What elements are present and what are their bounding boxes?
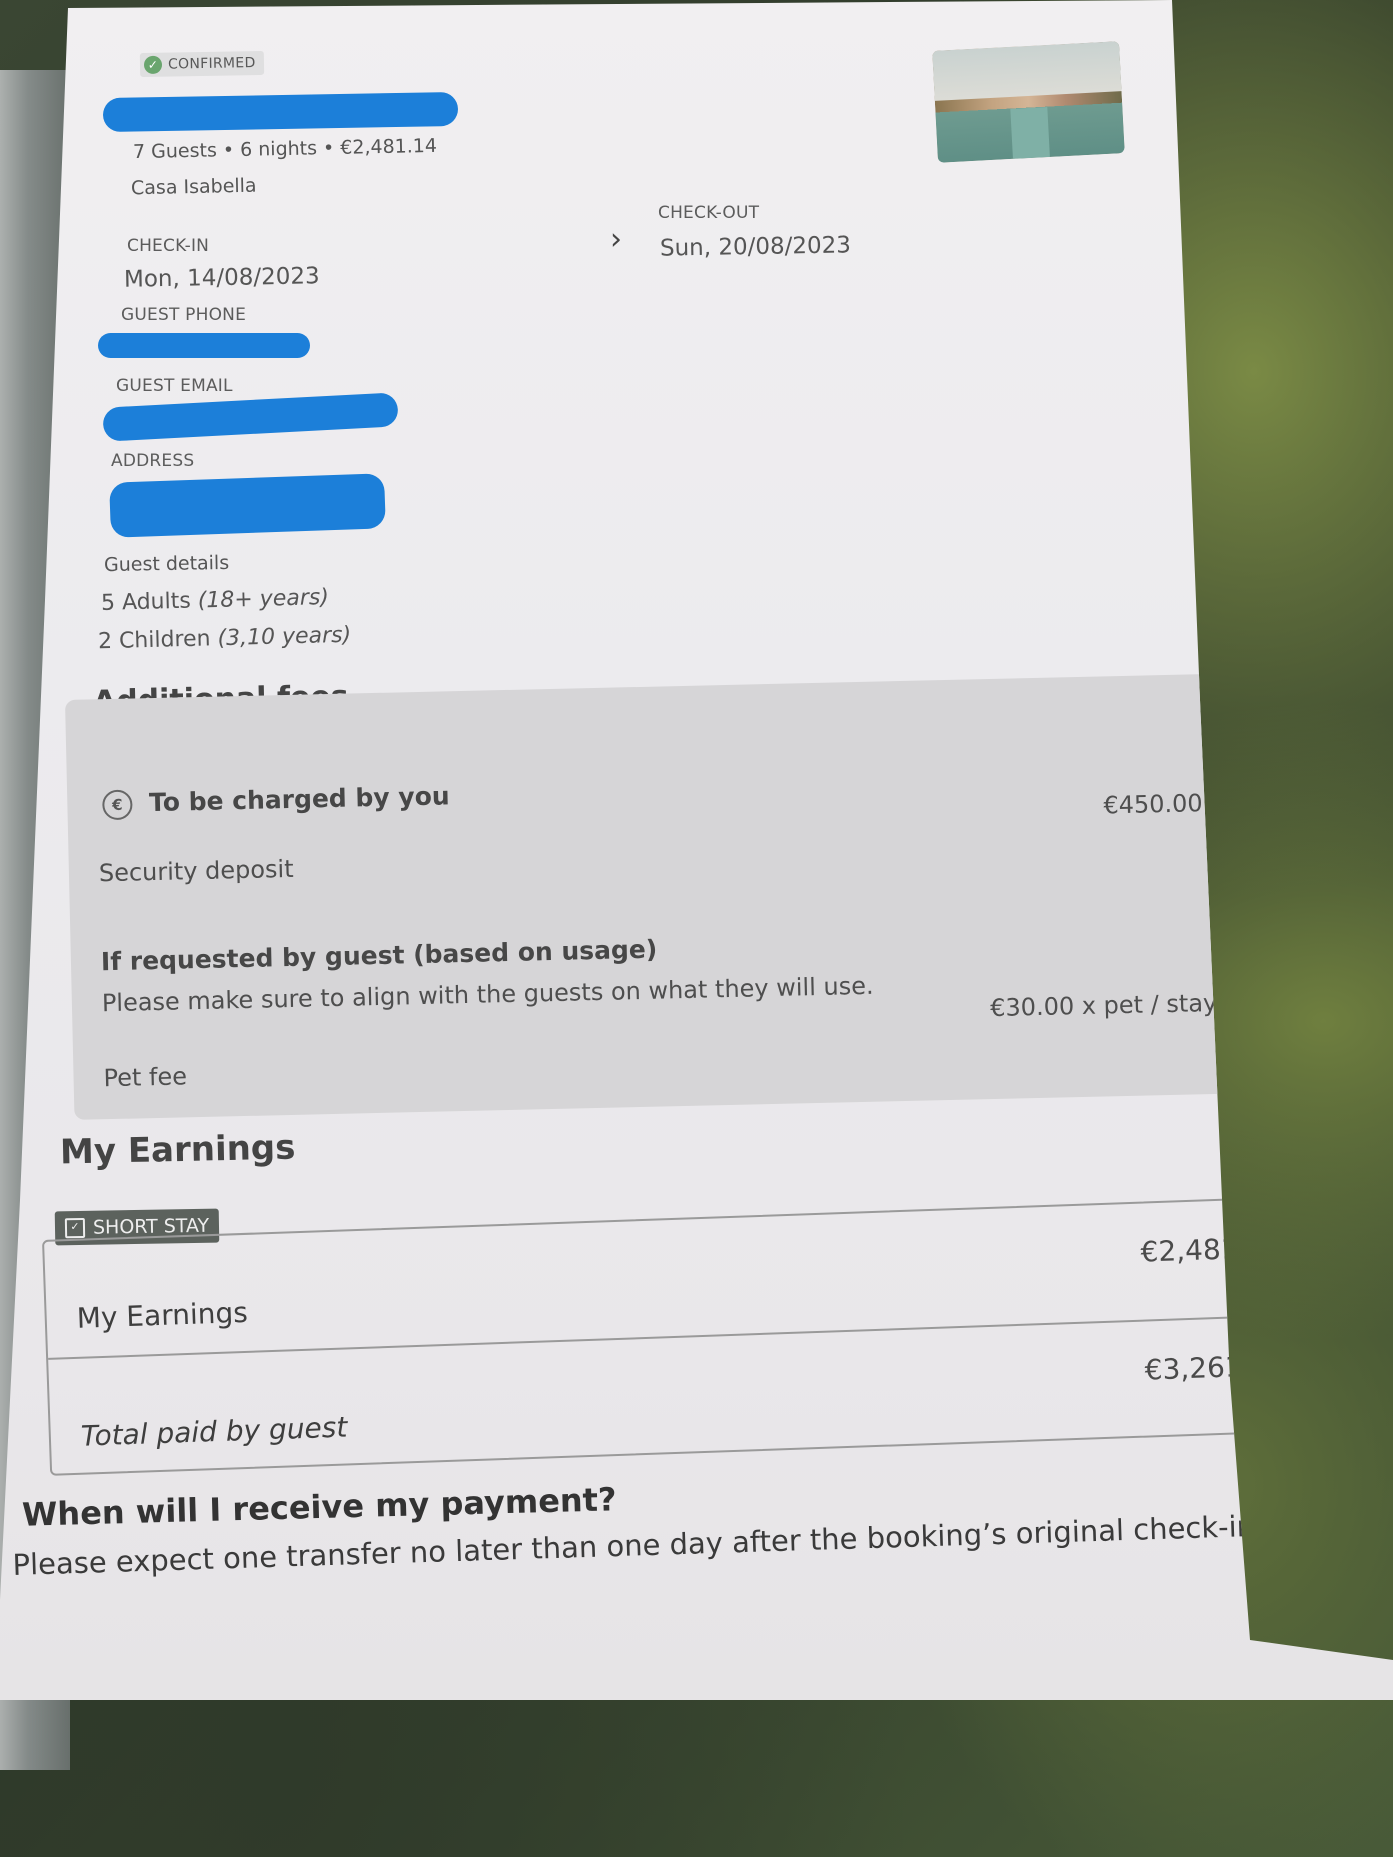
check-in-date: Mon, 14/08/2023: [124, 263, 320, 292]
charged-by-you-heading: € To be charged by you: [102, 781, 450, 820]
check-in-label: CHECK-IN: [127, 236, 209, 256]
if-requested-note: Please make sure to align with the guest…: [102, 972, 874, 1018]
security-deposit-amount: €450.00: [1103, 789, 1203, 819]
address-label: ADDRESS: [111, 451, 194, 471]
property-photo[interactable]: [932, 41, 1125, 163]
chevron-right-icon: ›: [610, 222, 622, 257]
guest-name-redacted: [103, 92, 459, 132]
calendar-check-icon: ✓: [65, 1218, 85, 1238]
check-circle-icon: ✓: [144, 56, 162, 74]
children-count: 2 Children: [98, 626, 211, 654]
booking-summary: 7 Guests • 6 nights • €2,481.14: [133, 135, 437, 163]
if-requested-heading: If requested by guest (based on usage): [101, 935, 658, 977]
total-paid-label: Total paid by guest: [80, 1410, 348, 1452]
adults-age-note: (18+ years): [197, 585, 329, 613]
property-name: Casa Isabella: [131, 175, 257, 200]
pet-fee-amount: €30.00 x pet / stay: [990, 989, 1218, 1022]
adults-line: 5 Adults (18+ years): [101, 585, 329, 616]
check-out-date: Sun, 20/08/2023: [660, 232, 851, 261]
payment-question: When will I receive my payment?: [22, 1480, 617, 1534]
check-out-label: CHECK-OUT: [658, 203, 759, 223]
guest-phone-redacted: [98, 333, 310, 358]
children-age-note: (3,10 years): [217, 623, 351, 651]
security-deposit-label: Security deposit: [99, 855, 294, 887]
status-badge: ✓ CONFIRMED: [140, 51, 264, 77]
status-text: CONFIRMED: [168, 55, 256, 73]
additional-fees-panel: € To be charged by you Security deposit …: [65, 673, 1259, 1120]
euro-circle-icon: €: [102, 790, 133, 821]
adults-count: 5 Adults: [101, 589, 191, 616]
children-line: 2 Children (3,10 years): [98, 623, 352, 655]
earnings-table: My Earnings €2,481.14 Total paid by gues…: [42, 1195, 1331, 1476]
my-earnings-heading: My Earnings: [60, 1128, 296, 1173]
guest-phone-label: GUEST PHONE: [121, 305, 246, 325]
guest-email-label: GUEST EMAIL: [116, 376, 233, 396]
my-earnings-label: My Earnings: [76, 1296, 248, 1335]
guest-details-title: Guest details: [104, 552, 230, 576]
pet-fee-label: Pet fee: [103, 1062, 187, 1092]
guest-email-redacted: [102, 392, 398, 441]
address-redacted: [109, 473, 386, 538]
charged-by-you-text: To be charged by you: [149, 781, 450, 817]
